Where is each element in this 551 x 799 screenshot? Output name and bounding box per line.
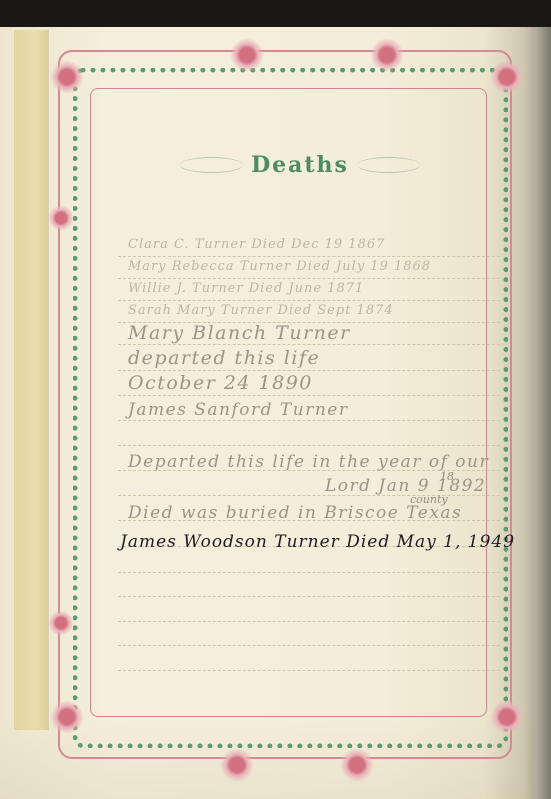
death-entry: James Woodson Turner Died May 1, 1949 xyxy=(120,532,515,552)
ruled-line xyxy=(118,445,500,446)
ruled-line xyxy=(118,645,500,646)
rose-ornament-icon xyxy=(490,60,524,94)
year-superscript: 18 xyxy=(440,470,454,483)
death-entry: James Sanford Turner xyxy=(128,400,348,420)
death-entry: October 24 1890 xyxy=(128,372,313,394)
rose-ornament-icon xyxy=(48,610,74,636)
ruled-line xyxy=(118,278,500,279)
page-heading: Deaths xyxy=(180,140,420,190)
death-entry: Lord Jan 9 1892 xyxy=(325,476,486,496)
flourish-left-icon xyxy=(180,157,243,173)
rose-ornament-icon xyxy=(230,38,264,72)
ruled-line xyxy=(118,300,500,301)
death-entry: Sarah Mary Turner Died Sept 1874 xyxy=(128,303,394,318)
page-title: Deaths xyxy=(251,152,349,178)
death-entry: Mary Rebecca Turner Died July 19 1868 xyxy=(128,259,431,274)
ruled-line xyxy=(118,596,500,597)
rose-ornament-icon xyxy=(50,700,84,734)
death-entry: Mary Blanch Turner xyxy=(128,322,351,344)
rose-ornament-icon xyxy=(220,748,254,782)
rose-ornament-icon xyxy=(490,700,524,734)
page-tab-strip xyxy=(14,30,48,730)
ruled-line xyxy=(118,621,500,622)
death-entry: Willie J. Turner Died June 1871 xyxy=(128,281,364,296)
rose-ornament-icon xyxy=(48,205,74,231)
ruled-line xyxy=(118,420,500,421)
death-entry: Died was buried in Briscoe Texas xyxy=(128,503,462,523)
book-binding-edge xyxy=(535,27,551,799)
ruled-line xyxy=(118,256,500,257)
death-entry: Clara C. Turner Died Dec 19 1867 xyxy=(128,237,385,252)
rose-ornament-icon xyxy=(50,60,84,94)
rose-ornament-icon xyxy=(370,38,404,72)
ruled-line xyxy=(118,572,500,573)
flourish-right-icon xyxy=(357,157,420,173)
death-entry: Departed this life in the year of our xyxy=(128,452,489,472)
death-entry: departed this life xyxy=(128,347,320,369)
ruled-line xyxy=(118,670,500,671)
rose-ornament-icon xyxy=(340,748,374,782)
ruled-line xyxy=(118,344,500,345)
ruled-line xyxy=(118,395,500,396)
ruled-line xyxy=(118,370,500,371)
